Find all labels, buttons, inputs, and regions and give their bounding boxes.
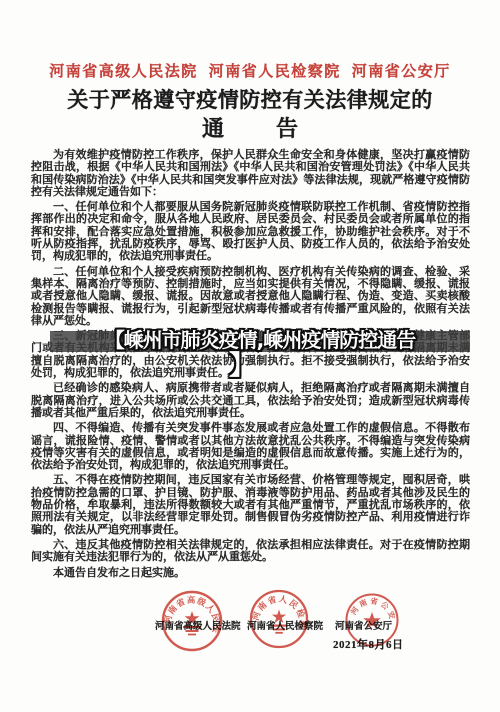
paragraph-item-3b: 已经确诊的感染病人、病原携带者或者疑似病人，拒绝隔离治疗或者隔离期未满擅自脱离隔… bbox=[31, 382, 470, 419]
paragraph-item-2: 二、任何单位和个人接受疾病预防控制机构、医疗机构有关传染病的调查、检验、采集样本… bbox=[31, 266, 470, 327]
public-security-seal-icon: 河南省公安厅 bbox=[344, 592, 400, 648]
paragraph-item-4: 四、不得编造、传播有关突发事件事态发展或者应急处置工作的虚假信息。不得散布谣言，… bbox=[31, 422, 470, 471]
title-char-gao: 告 bbox=[276, 112, 298, 143]
paragraph-intro: 为有效维护疫情防控工作秩序，保护人民群众生命安全和身体健康，坚决打赢疫情防控阻击… bbox=[31, 149, 470, 198]
issuer-court: 河南省高级人民法院 bbox=[49, 60, 198, 81]
title-char-tong: 通 bbox=[202, 112, 224, 143]
paragraph-item-5: 五、不得在疫情防控期间，违反国家有关市场经营、价格管理等规定，囤积居奇，哄抬疫情… bbox=[31, 474, 470, 535]
paragraph-item-1: 一、任何单位和个人都要服从国务院新冠肺炎疫情联防联控工作机制、省疫情防控指挥部作… bbox=[31, 201, 470, 262]
notice-title-line2: 通 告 bbox=[0, 112, 500, 143]
procuratorate-seal-icon: 河南省人民检察院 bbox=[248, 588, 310, 650]
paragraph-item-6: 六、违反其他疫情防控相关法律规定的，依法承担相应法律责任。对于在疫情防控期间实施… bbox=[31, 539, 470, 564]
court-seal-icon: 河南省高级人民法院 bbox=[160, 589, 224, 653]
issuer-procuratorate: 河南省人民检察院 bbox=[209, 60, 341, 81]
issuer-public-security: 河南省公安厅 bbox=[352, 60, 451, 81]
notice-title-line1: 关于严格遵守疫情防控有关法律规定的 bbox=[0, 84, 500, 114]
paragraph-effective-date: 本通告自发布之日起实施。 bbox=[31, 567, 470, 579]
issuer-header: 河南省高级人民法院 河南省人民检察院 河南省公安厅 bbox=[0, 60, 500, 81]
watermark-closing-bracket: 】 bbox=[0, 350, 484, 382]
notice-page: 河南省高级人民法院 河南省人民检察院 河南省公安厅 关于严格遵守疫情防控有关法律… bbox=[0, 0, 500, 712]
